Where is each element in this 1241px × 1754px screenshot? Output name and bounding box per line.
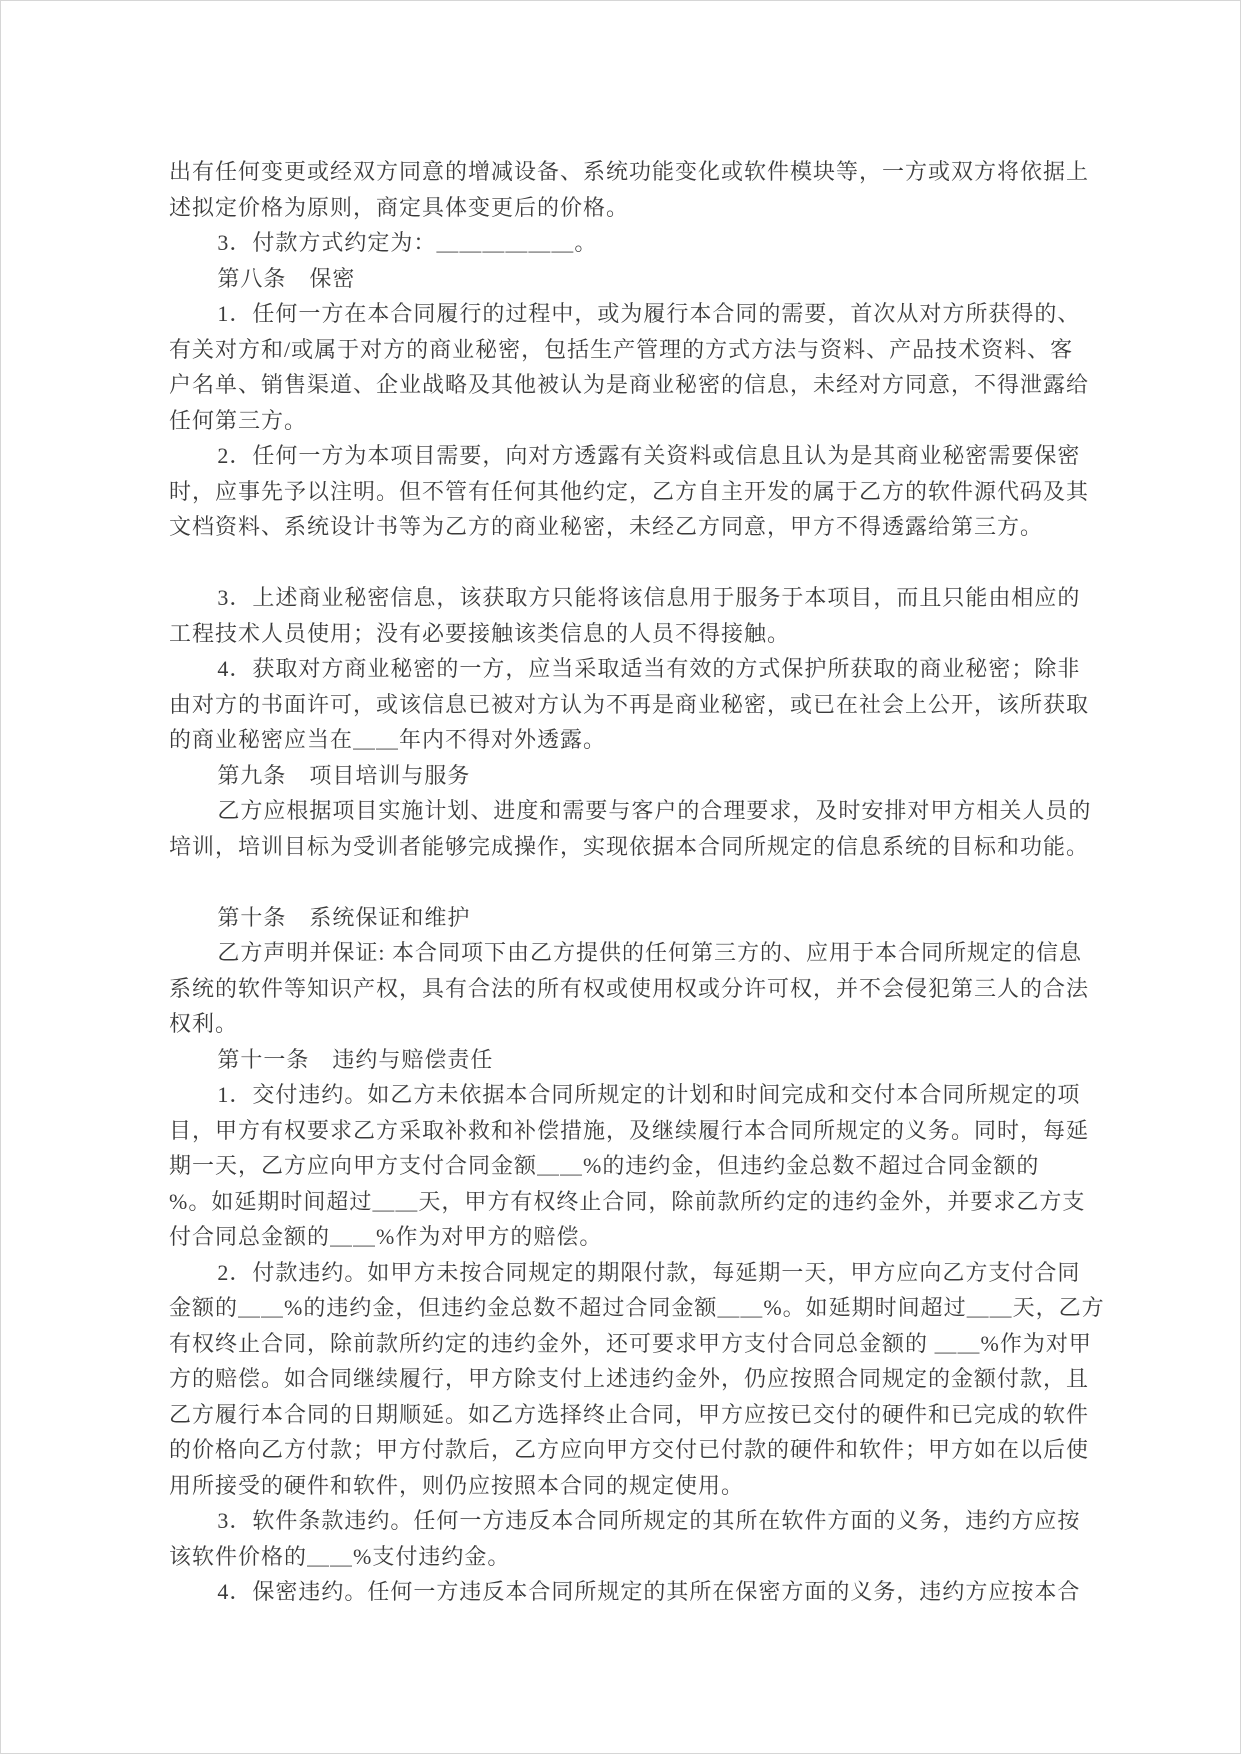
contract-text-line: 系统的软件等知识产权，具有合法的所有权或使用权或分许可权，并不会侵犯第三人的合法 (169, 971, 1084, 1007)
contract-text-line: 第八条 保密 (169, 261, 1084, 297)
contract-text-line: 金额的＿＿%的违约金，但违约金总数不超过合同金额＿＿%。如延期时间超过＿＿天，乙… (169, 1290, 1084, 1326)
contract-text-line: %。如延期时间超过＿＿天，甲方有权终止合同，除前款所约定的违约金外，并要求乙方支 (169, 1184, 1084, 1220)
contract-text-line: 权利。 (169, 1006, 1084, 1042)
contract-text-line: 时，应事先予以注明。但不管有任何其他约定，乙方自主开发的属于乙方的软件源代码及其 (169, 474, 1084, 510)
contract-text-line: 任何第三方。 (169, 403, 1084, 439)
contract-text-line: 第九条 项目培训与服务 (169, 758, 1084, 794)
contract-text-line: 第十条 系统保证和维护 (169, 900, 1084, 936)
contract-text-line: 期一天，乙方应向甲方支付合同金额＿＿%的违约金，但违约金总数不超过合同金额的 (169, 1148, 1084, 1184)
contract-text-line: 培训，培训目标为受训者能够完成操作，实现依据本合同所规定的信息系统的目标和功能。 (169, 829, 1084, 865)
contract-text-line: 1．任何一方在本合同履行的过程中，或为履行本合同的需要，首次从对方所获得的、 (169, 296, 1084, 332)
contract-text-line: 由对方的书面许可，或该信息已被对方认为不再是商业秘密，或已在社会上公开，该所获取 (169, 687, 1084, 723)
contract-text-line: 3．付款方式约定为：＿＿＿＿＿＿。 (169, 225, 1084, 261)
contract-text-line: 有关对方和/或属于对方的商业秘密，包括生产管理的方式方法与资料、产品技术资料、客 (169, 332, 1084, 368)
contract-text-line: 述拟定价格为原则，商定具体变更后的价格。 (169, 190, 1084, 226)
contract-text-line: 付合同总金额的＿＿%作为对甲方的赔偿。 (169, 1219, 1084, 1255)
contract-text-line: 方的赔偿。如合同继续履行，甲方除支付上述违约金外，仍应按照合同规定的金额付款，且 (169, 1361, 1084, 1397)
document-page: 出有任何变更或经双方同意的增减设备、系统功能变化或软件模块等，一方或双方将依据上… (0, 0, 1241, 1754)
contract-text-line: 4．获取对方商业秘密的一方，应当采取适当有效的方式保护所获取的商业秘密；除非 (169, 651, 1084, 687)
contract-text-line: 2．付款违约。如甲方未按合同规定的期限付款，每延期一天，甲方应向乙方支付合同 (169, 1255, 1084, 1291)
contract-text-line: 的价格向乙方付款；甲方付款后，乙方应向甲方交付已付款的硬件和软件；甲方如在以后使 (169, 1432, 1084, 1468)
contract-text-line: 的商业秘密应当在＿＿年内不得对外透露。 (169, 722, 1084, 758)
document-body: 出有任何变更或经双方同意的增减设备、系统功能变化或软件模块等，一方或双方将依据上… (169, 154, 1084, 1610)
contract-text-line: 文档资料、系统设计书等为乙方的商业秘密，未经乙方同意，甲方不得透露给第三方。 (169, 509, 1084, 545)
contract-text-line: 该软件价格的＿＿%支付违约金。 (169, 1539, 1084, 1575)
blank-line (169, 864, 1084, 900)
contract-text-line: 3．软件条款违约。任何一方违反本合同所规定的其所在软件方面的义务，违约方应按 (169, 1503, 1084, 1539)
contract-text-line: 工程技术人员使用；没有必要接触该类信息的人员不得接触。 (169, 616, 1084, 652)
contract-text-line: 3．上述商业秘密信息，该获取方只能将该信息用于服务于本项目，而且只能由相应的 (169, 580, 1084, 616)
blank-line (169, 545, 1084, 581)
contract-text-line: 乙方履行本合同的日期顺延。如乙方选择终止合同，甲方应按已交付的硬件和已完成的软件 (169, 1397, 1084, 1433)
contract-text-line: 有权终止合同，除前款所约定的违约金外，还可要求甲方支付合同总金额的 ＿＿%作为对… (169, 1326, 1084, 1362)
contract-text-line: 4．保密违约。任何一方违反本合同所规定的其所在保密方面的义务，违约方应按本合 (169, 1574, 1084, 1610)
contract-text-line: 1．交付违约。如乙方未依据本合同所规定的计划和时间完成和交付本合同所规定的项 (169, 1077, 1084, 1113)
contract-text-line: 乙方声明并保证: 本合同项下由乙方提供的任何第三方的、应用于本合同所规定的信息 (169, 935, 1084, 971)
contract-text-line: 第十一条 违约与赔偿责任 (169, 1042, 1084, 1078)
contract-text-line: 出有任何变更或经双方同意的增减设备、系统功能变化或软件模块等，一方或双方将依据上 (169, 154, 1084, 190)
contract-text-line: 乙方应根据项目实施计划、进度和需要与客户的合理要求，及时安排对甲方相关人员的 (169, 793, 1084, 829)
contract-text-line: 2．任何一方为本项目需要，向对方透露有关资料或信息且认为是其商业秘密需要保密 (169, 438, 1084, 474)
contract-text-line: 用所接受的硬件和软件，则仍应按照本合同的规定使用。 (169, 1468, 1084, 1504)
contract-text-line: 目，甲方有权要求乙方采取补救和补偿措施，及继续履行本合同所规定的义务。同时，每延 (169, 1113, 1084, 1149)
contract-text-line: 户名单、销售渠道、企业战略及其他被认为是商业秘密的信息，未经对方同意，不得泄露给 (169, 367, 1084, 403)
